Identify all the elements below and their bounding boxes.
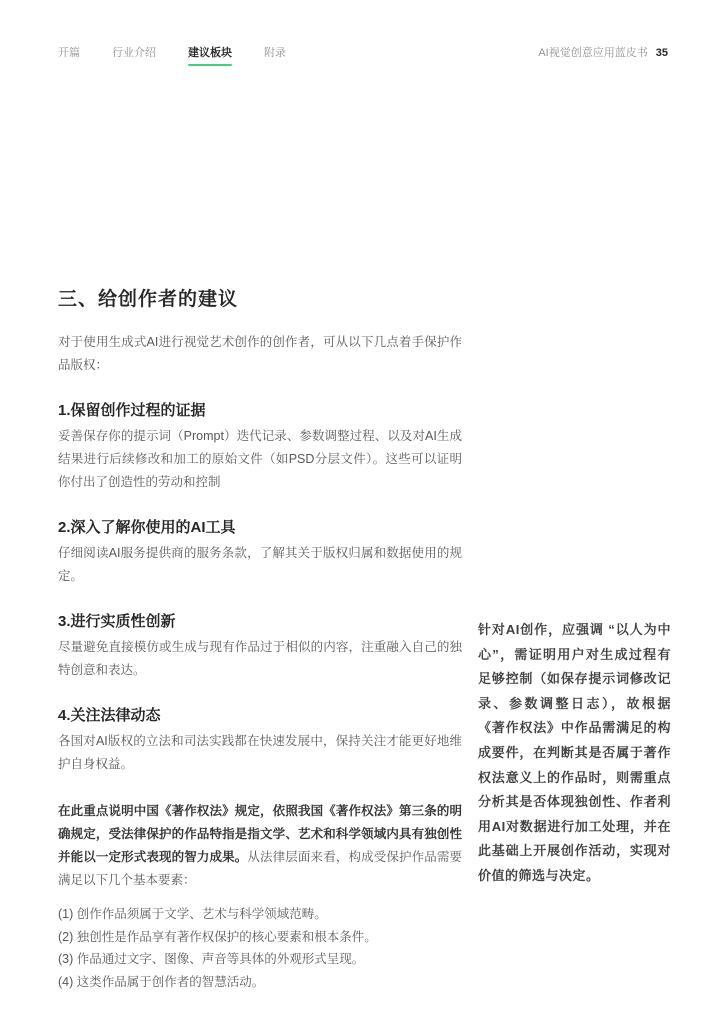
list-item: (3) 作品通过文字、图像、声音等具体的外观形式呈现。 xyxy=(58,948,462,971)
section-heading: 2.深入了解你使用的AI工具 xyxy=(58,516,462,537)
copyright-law-paragraph: 在此重点说明中国《著作权法》规定，依照我国《著作权法》第三条的明确规定，受法律保… xyxy=(58,800,462,892)
document-title: AI视觉创意应用蓝皮书 xyxy=(538,44,647,60)
page-number: 35 xyxy=(656,47,668,59)
nav-tab-industry-intro[interactable]: 行业介绍 xyxy=(112,44,156,66)
nav-tab-appendix[interactable]: 附录 xyxy=(264,44,286,66)
list-item: (1) 创作作品须属于文学、艺术与科学领域范畴。 xyxy=(58,903,462,926)
list-item: (4) 这类作品属于创作者的智慧活动。 xyxy=(58,971,462,994)
section-body: 各国对AI版权的立法和司法实践都在快速发展中，保持关注才能更好地维护自身权益。 xyxy=(58,730,462,776)
intro-paragraph: 对于使用生成式AI进行视觉艺术创作的创作者，可从以下几点着手保护作品版权： xyxy=(58,331,462,377)
section-keep-evidence: 1.保留创作过程的证据 妥善保存你的提示词（Prompt）迭代记录、参数调整过程… xyxy=(58,399,462,494)
section-heading: 3.进行实质性创新 xyxy=(58,610,462,631)
section-legal-trends: 4.关注法律动态 各国对AI版权的立法和司法实践都在快速发展中，保持关注才能更好… xyxy=(58,704,462,776)
side-note: 针对AI创作，应强调 “以人为中心”，需证明用户对生成过程有足够控制（如保存提示… xyxy=(478,618,671,889)
section-body: 尽量避免直接模仿或生成与现有作品过于相似的内容，注重融入自己的独特创意和表达。 xyxy=(58,636,462,682)
section-body: 妥善保存你的提示词（Prompt）迭代记录、参数调整过程、以及对AI生成结果进行… xyxy=(58,425,462,494)
nav-tab-suggestions[interactable]: 建议板块 xyxy=(188,44,232,66)
section-know-tools: 2.深入了解你使用的AI工具 仔细阅读AI服务提供商的服务条款，了解其关于版权归… xyxy=(58,516,462,588)
requirements-list: (1) 创作作品须属于文学、艺术与科学领域范畴。 (2) 独创性是作品享有著作权… xyxy=(58,903,462,993)
section-heading: 4.关注法律动态 xyxy=(58,704,462,725)
section-substantive-innovation: 3.进行实质性创新 尽量避免直接模仿或生成与现有作品过于相似的内容，注重融入自己… xyxy=(58,610,462,682)
nav-tab-opening[interactable]: 开篇 xyxy=(58,44,80,66)
list-item: (2) 独创性是作品享有著作权保护的核心要素和根本条件。 xyxy=(58,926,462,949)
header-right: AI视觉创意应用蓝皮书 35 xyxy=(538,44,668,60)
section-heading: 1.保留创作过程的证据 xyxy=(58,399,462,420)
page-title: 三、给创作者的建议 xyxy=(58,284,462,311)
main-column: 三、给创作者的建议 对于使用生成式AI进行视觉艺术创作的创作者，可从以下几点着手… xyxy=(58,284,462,993)
section-body: 仔细阅读AI服务提供商的服务条款，了解其关于版权归属和数据使用的规定。 xyxy=(58,542,462,588)
nav-tabs: 开篇 行业介绍 建议板块 附录 xyxy=(58,44,286,66)
top-nav: 开篇 行业介绍 建议板块 附录 AI视觉创意应用蓝皮书 35 xyxy=(58,44,668,66)
document-page: { "colors": { "accent_green": "#42ce7e",… xyxy=(0,0,724,1024)
